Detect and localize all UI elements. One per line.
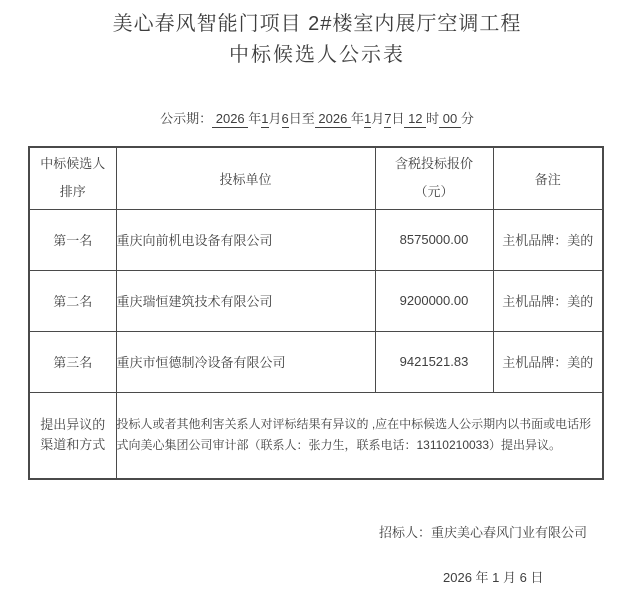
- header-price-line2: （元）: [376, 178, 493, 206]
- notice-period-text: 日: [391, 111, 404, 126]
- price-cell: 8575000.00: [375, 209, 493, 270]
- remark-cell: 主机品牌：美的: [493, 209, 603, 270]
- objection-label-line2: 渠道和方式: [30, 435, 116, 455]
- notice-period-text: 月: [269, 111, 282, 126]
- price-cell: 9421521.83: [375, 331, 493, 392]
- page-title-line2: 中标候选人公示表: [0, 43, 634, 67]
- remark-cell: 主机品牌：美的: [493, 270, 603, 331]
- objection-content: 投标人或者其他利害关系人对评标结果有异议的 ,应在中标候选人公示期内以书面或电话…: [116, 392, 603, 479]
- header-rank-line2: 排序: [30, 178, 116, 206]
- announcement-page: 美心春风智能门项目 2#楼室内展厅空调工程 中标候选人公示表 公示期： 2026…: [0, 0, 634, 594]
- rank-cell: 第一名: [29, 209, 116, 270]
- candidates-table: 中标候选人 排序 投标单位 含税投标报价 （元） 备注 第一名 重庆向前机电设备…: [28, 146, 604, 480]
- bidder-cell: 重庆向前机电设备有限公司: [116, 209, 375, 270]
- notice-period-value: 2026: [212, 111, 248, 128]
- table-row: 第三名 重庆市恒德制冷设备有限公司 9421521.83 主机品牌：美的: [29, 331, 603, 392]
- notice-period-value: 1: [261, 111, 268, 128]
- rank-cell: 第二名: [29, 270, 116, 331]
- table-row: 第二名 重庆瑞恒建筑技术有限公司 9200000.00 主机品牌：美的: [29, 270, 603, 331]
- table-header-row: 中标候选人 排序 投标单位 含税投标报价 （元） 备注: [29, 147, 603, 209]
- objection-label: 提出异议的 渠道和方式: [29, 392, 116, 479]
- objection-label-line1: 提出异议的: [30, 415, 116, 435]
- page-title-line1: 美心春风智能门项目 2#楼室内展厅空调工程: [0, 12, 634, 36]
- objection-row: 提出异议的 渠道和方式 投标人或者其他利害关系人对评标结果有异议的 ,应在中标候…: [29, 392, 603, 479]
- notice-period-label: 公示期：: [160, 111, 212, 126]
- tenderer-line: 招标人：重庆美心春风门业有限公司: [379, 525, 587, 541]
- bidder-cell: 重庆瑞恒建筑技术有限公司: [116, 270, 375, 331]
- header-bidder: 投标单位: [116, 147, 375, 209]
- notice-period-text: 年: [351, 111, 364, 126]
- header-price: 含税投标报价 （元）: [375, 147, 493, 209]
- header-remark: 备注: [493, 147, 603, 209]
- notice-period-value: 12: [404, 111, 426, 128]
- notice-period-line: 公示期： 2026 年1月6日至 2026 年1月7日 12 时 00 分: [0, 110, 634, 128]
- date-line: 2026 年 1 月 6 日: [443, 570, 543, 586]
- remark-cell: 主机品牌：美的: [493, 331, 603, 392]
- notice-period-value: 6: [282, 111, 289, 128]
- notice-period-text: 分: [461, 111, 474, 126]
- header-rank-line1: 中标候选人: [30, 150, 116, 178]
- header-price-line1: 含税投标报价: [376, 150, 493, 178]
- notice-period-text: 年: [248, 111, 261, 126]
- notice-period-values: 2026 年1月6日至 2026 年1月7日 12 时 00 分: [212, 111, 474, 128]
- header-rank: 中标候选人 排序: [29, 147, 116, 209]
- notice-period-text: 时: [426, 111, 439, 126]
- table-row: 第一名 重庆向前机电设备有限公司 8575000.00 主机品牌：美的: [29, 209, 603, 270]
- price-cell: 9200000.00: [375, 270, 493, 331]
- notice-period-text: 月: [371, 111, 384, 126]
- rank-cell: 第三名: [29, 331, 116, 392]
- bidder-cell: 重庆市恒德制冷设备有限公司: [116, 331, 375, 392]
- notice-period-value: 00: [439, 111, 461, 128]
- notice-period-value: 2026: [315, 111, 351, 128]
- notice-period-text: 日至: [289, 111, 315, 126]
